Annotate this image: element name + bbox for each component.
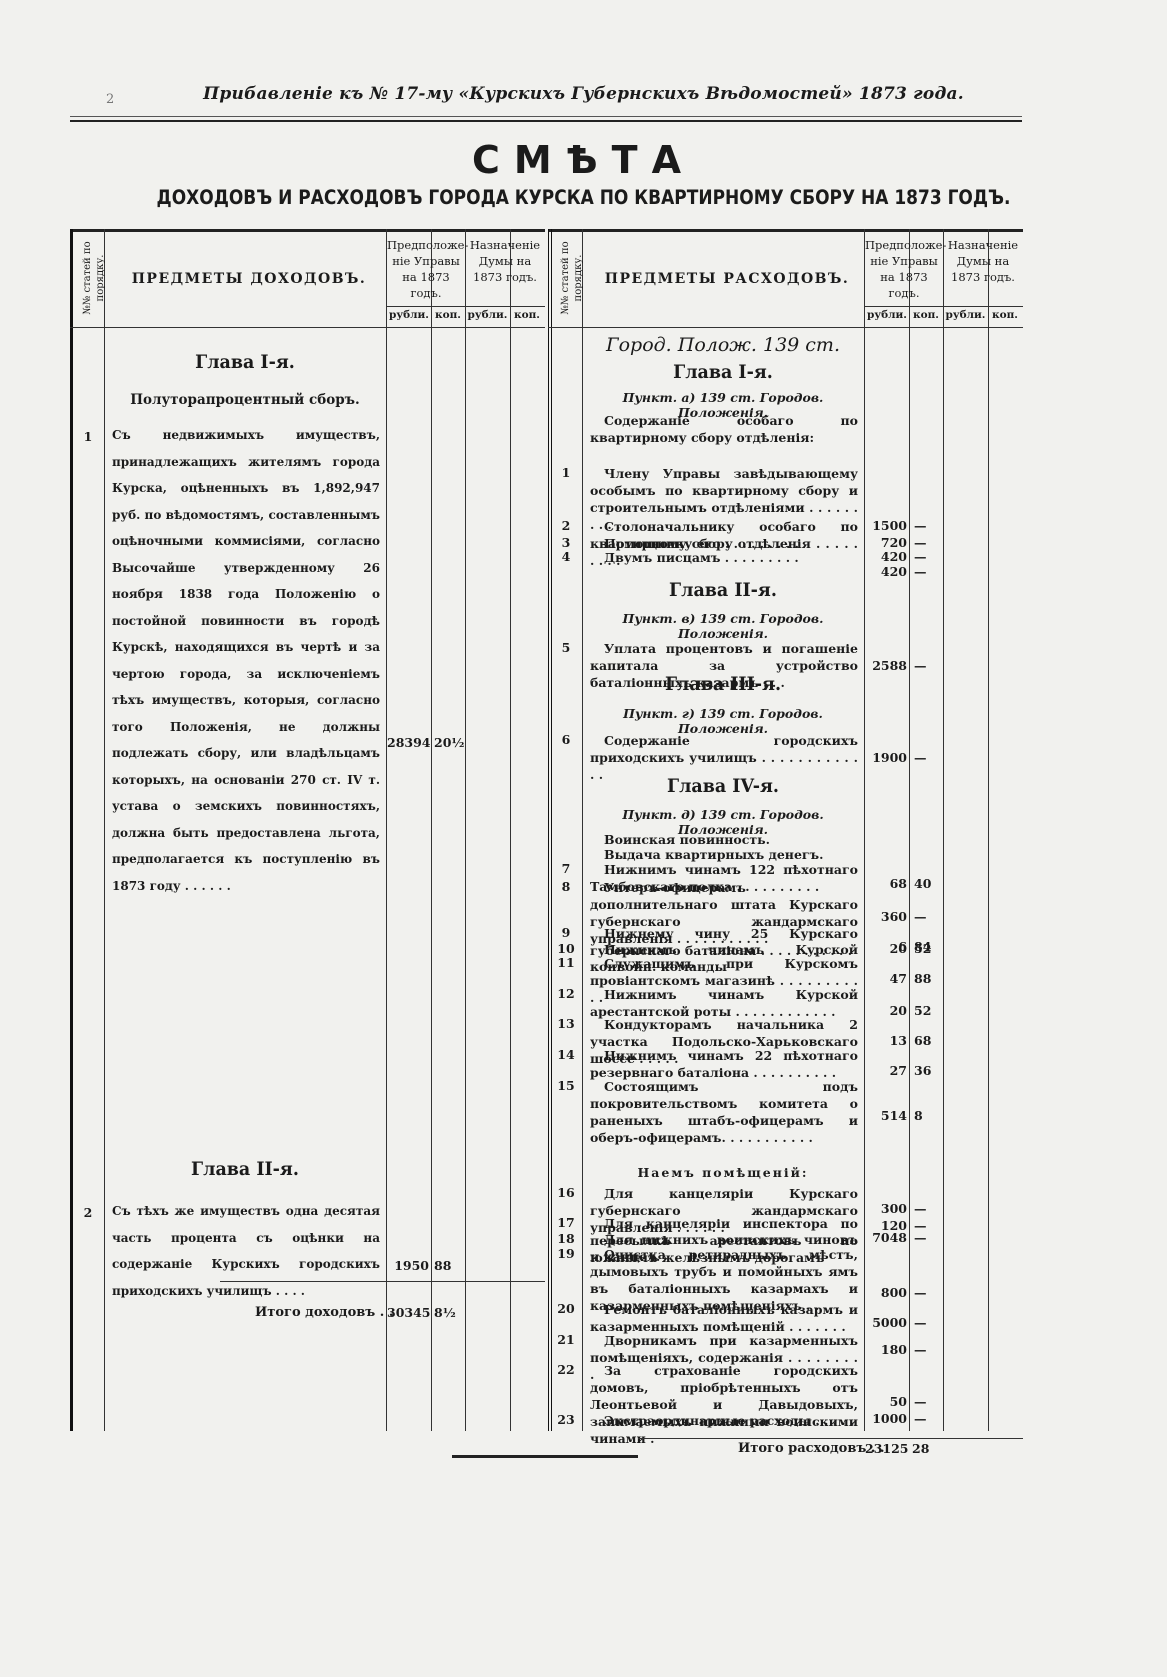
- income-total-label: Итого доходовъ . .: [255, 1305, 393, 1320]
- column-header-income-items: ПРЕДМЕТЫ ДОХОДОВЪ.: [104, 271, 394, 287]
- expense-row-rub: 1500: [865, 518, 907, 533]
- expenses-total-rub: 23125: [865, 1441, 907, 1456]
- income-table: №№ статей по порядку. ПРЕДМЕТЫ ДОХОДОВЪ.…: [70, 229, 545, 1431]
- divider: [104, 229, 105, 1431]
- subheader-rule: [865, 306, 1023, 307]
- header-rule-thick: [70, 120, 1022, 122]
- expense-row-rub: 47: [865, 971, 907, 986]
- expense-row-text: За страхованіе городскихъ домовъ, пріобр…: [590, 1362, 858, 1447]
- expenses-total-kop: 28: [912, 1441, 942, 1456]
- expense-row-text: Нижнимъ чинамъ 22 пѣхотнаго резервнаго б…: [590, 1047, 858, 1081]
- row-number: 3: [550, 535, 582, 550]
- divider: [386, 229, 387, 1431]
- row-number: 1: [72, 429, 104, 444]
- income-row-kop: 88: [434, 1258, 464, 1273]
- expense-row-kop: 68: [914, 1033, 942, 1048]
- document-subtitle: ДОХОДОВЪ И РАСХОДОВЪ ГОРОДА КУРСКА ПО КВ…: [0, 187, 1167, 210]
- unit-kop: коп.: [431, 309, 465, 329]
- section-title: Полуторапроцентный сборъ.: [104, 392, 386, 408]
- expense-row-kop: —: [914, 518, 942, 533]
- expense-row-kop: —: [914, 549, 942, 564]
- expense-row-kop: 52: [914, 1003, 942, 1018]
- expense-row-rub: 68: [865, 876, 907, 891]
- income-row-rub: 1950: [387, 1258, 429, 1273]
- divider: [510, 229, 511, 1431]
- divider: [909, 229, 910, 1431]
- unit-rub: рубли.: [387, 309, 431, 329]
- expense-row-text: Состоящимъ подъ покровительствомъ комите…: [590, 1078, 858, 1146]
- total-rule: [220, 1281, 545, 1282]
- subsection-title: Наемъ помѣщеній:: [582, 1165, 864, 1180]
- unit-kop: коп.: [988, 309, 1022, 329]
- closing-rule: [452, 1455, 638, 1458]
- expense-row-rub: 20: [865, 941, 907, 956]
- row-number: 1: [550, 465, 582, 480]
- expense-row-text: Ремонтъ баталіонныхъ казармъ и казарменн…: [590, 1301, 858, 1335]
- header-rule-thin: [70, 116, 1022, 117]
- row-number: 20: [550, 1301, 582, 1316]
- expense-row-text: Экстраординарные расходы . . . . .: [590, 1412, 858, 1429]
- expense-row-rub: 5000: [865, 1315, 907, 1330]
- row-number: 4: [550, 549, 582, 564]
- expense-row-text: Уплата процентовъ и погашеніе капитала з…: [590, 640, 858, 691]
- expense-row-rub: 800: [865, 1285, 907, 1300]
- expense-row-text: Двумъ писцамъ . . . . . . . . .: [590, 549, 858, 566]
- income-row-text: Съ тѣхъ же имуществъ одна десятая часть …: [112, 1198, 380, 1304]
- subheader-rule: [387, 306, 545, 307]
- expense-row-text: Содержаніе городскихъ приходскихъ училищ…: [590, 732, 858, 783]
- divider: [988, 229, 989, 1431]
- column-header-duma-assignment: Назначеніе Думы на 1873 годъ.: [466, 237, 544, 285]
- row-number: 9: [550, 925, 582, 940]
- row-number: 8: [550, 879, 582, 894]
- column-header-number: №№ статей по порядку.: [556, 235, 584, 319]
- divider: [70, 229, 73, 1431]
- row-number: 7: [550, 861, 582, 876]
- income-total-kop: 8½: [434, 1305, 464, 1320]
- expense-row-kop: —: [914, 1411, 942, 1426]
- row-number: 6: [550, 732, 582, 747]
- running-head: Прибавленіе къ № 17-му «Курскихъ Губернс…: [0, 84, 1167, 104]
- row-number: 23: [550, 1412, 582, 1427]
- row-number: 14: [550, 1047, 582, 1062]
- expense-row-rub: 1000: [865, 1411, 907, 1426]
- total-rule: [638, 1438, 1023, 1439]
- row-number: 2: [550, 518, 582, 533]
- expense-row-kop: 36: [914, 1063, 942, 1078]
- divider: [431, 229, 432, 1431]
- expense-row-kop: —: [914, 909, 942, 924]
- expense-row-kop: —: [914, 564, 942, 579]
- expense-row-rub: 514: [865, 1108, 907, 1123]
- expense-row-rub: 300: [865, 1201, 907, 1216]
- chapter-title: Глава II-я.: [115, 1158, 374, 1180]
- chapter-title: Глава II-я.: [593, 579, 852, 601]
- expense-row-kop: —: [914, 1342, 942, 1357]
- expense-row-kop: —: [914, 535, 942, 550]
- column-header-board-proposal: Предположе-ніе Управы на 1873 годъ.: [865, 237, 943, 301]
- expense-row-rub: 2588: [865, 658, 907, 673]
- expense-row-rub: 7048: [865, 1230, 907, 1245]
- row-number: 11: [550, 955, 582, 970]
- chapter-title: Глава I-я.: [593, 361, 852, 383]
- expense-row-kop: —: [914, 750, 942, 765]
- row-number: 21: [550, 1332, 582, 1347]
- expense-row-rub: 13: [865, 1033, 907, 1048]
- subheader-units: рубли. коп. рубли. коп.: [865, 309, 1022, 329]
- income-row-rub: 28394: [387, 735, 429, 750]
- expense-row-kop: —: [914, 1394, 942, 1409]
- row-number: 12: [550, 986, 582, 1001]
- document-title: СМѢТА: [0, 138, 1167, 182]
- expense-row-kop: 40: [914, 876, 942, 891]
- expense-row-kop: —: [914, 1315, 942, 1330]
- row-number: 17: [550, 1215, 582, 1230]
- subheader-units: рубли. коп. рубли. коп.: [387, 309, 544, 329]
- column-header-board-proposal: Предположе-ніе Управы на 1873 годъ.: [387, 237, 465, 301]
- unit-rub: рубли.: [465, 309, 510, 329]
- expense-row-kop: —: [914, 1285, 942, 1300]
- row-number: 2: [72, 1205, 104, 1220]
- expense-row-rub: 720: [865, 535, 907, 550]
- expense-row-rub: 50: [865, 1394, 907, 1409]
- expense-row-kop: —: [914, 1230, 942, 1245]
- row-number: 19: [550, 1246, 582, 1261]
- expense-row-rub: 1900: [865, 750, 907, 765]
- chapter-title: Глава I-я.: [115, 351, 374, 373]
- legal-reference: Город. Полож. 139 ст.: [582, 334, 864, 356]
- income-row-text: Съ недвижимыхъ имуществъ, принадлежащихъ…: [112, 422, 380, 899]
- divider: [465, 229, 466, 1431]
- unit-kop: коп.: [510, 309, 544, 329]
- expense-row-kop: —: [914, 1201, 942, 1216]
- unit-kop: коп.: [909, 309, 943, 329]
- row-number: 13: [550, 1016, 582, 1031]
- row-number: 16: [550, 1185, 582, 1200]
- divider: [943, 229, 944, 1431]
- expense-row-text: Нижнимъ чинамъ Курской арестантской роты…: [590, 986, 858, 1020]
- expense-row-kop: —: [914, 658, 942, 673]
- chapter-point: Пункт. в) 139 ст. Городов. Положенія.: [582, 611, 864, 641]
- row-number: 15: [550, 1078, 582, 1093]
- expense-row-kop: 52: [914, 941, 942, 956]
- row-number: 10: [550, 941, 582, 956]
- expenses-total-label: Итого расходовъ . .: [738, 1441, 884, 1456]
- expense-row-kop: 88: [914, 971, 942, 986]
- income-total-rub: 30345: [387, 1305, 429, 1320]
- expense-row-rub: 360: [865, 909, 907, 924]
- expense-row-rub: 420: [865, 564, 907, 579]
- expense-row-rub: 27: [865, 1063, 907, 1078]
- column-header-number: №№ статей по порядку.: [78, 235, 106, 319]
- chapter-intro: Содержаніе особаго по квартирному сбору …: [590, 412, 858, 446]
- row-number: 5: [550, 640, 582, 655]
- expense-row-rub: 20: [865, 1003, 907, 1018]
- expense-row-rub: 180: [865, 1342, 907, 1357]
- expenses-table: №№ статей по порядку. ПРЕДМЕТЫ РАСХОДОВЪ…: [548, 229, 1023, 1431]
- expense-row-kop: 8: [914, 1108, 942, 1123]
- expense-row-rub: 420: [865, 549, 907, 564]
- row-number: 22: [550, 1362, 582, 1377]
- income-row-kop: 20½: [434, 735, 464, 750]
- divider: [864, 229, 865, 1431]
- column-header-expense-items: ПРЕДМЕТЫ РАСХОДОВЪ.: [582, 271, 872, 287]
- row-number: 18: [550, 1231, 582, 1246]
- unit-rub: рубли.: [943, 309, 988, 329]
- unit-rub: рубли.: [865, 309, 909, 329]
- column-header-duma-assignment: Назначеніе Думы на 1873 годъ.: [944, 237, 1022, 285]
